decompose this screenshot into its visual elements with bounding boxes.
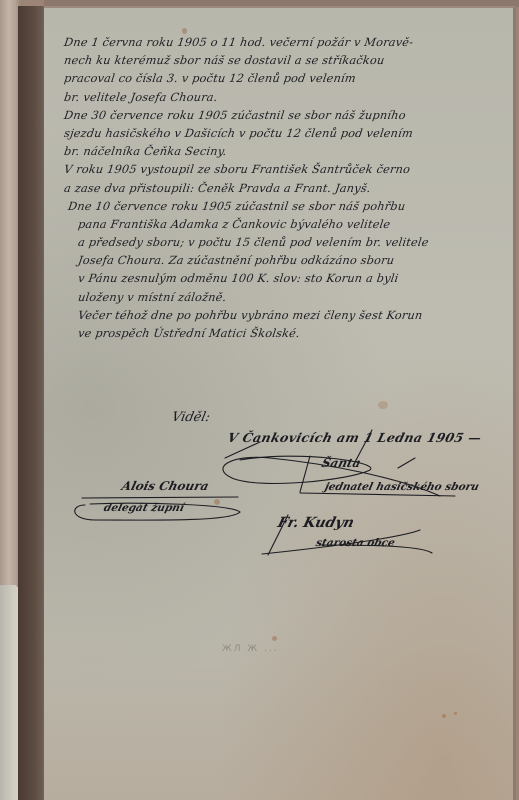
stain bbox=[378, 401, 388, 409]
text-line: a předsedy sboru; v počtu 15 členů pod v… bbox=[63, 234, 516, 252]
text-line: Večer téhož dne po pohřbu vybráno mezi č… bbox=[63, 307, 516, 325]
text-line: nech ku kterémuž sbor náš se dostavil a … bbox=[63, 52, 516, 70]
chronicle-text: Dne 1 června roku 1905 o 11 hod. večerní… bbox=[64, 34, 514, 343]
text-line: ve prospěch Ústřední Matici Školské. bbox=[63, 325, 516, 343]
stain bbox=[442, 714, 446, 718]
text-line: Josefa Choura. Za zúčastnění pohřbu odká… bbox=[63, 252, 516, 270]
text-line: sjezdu hasičského v Dašicích v počtu 12 … bbox=[63, 125, 516, 143]
text-line: uloženy v místní záložně. bbox=[63, 289, 516, 307]
stain bbox=[272, 636, 277, 641]
text-line: pana Františka Adamka z Čankovic bývaléh… bbox=[63, 216, 516, 234]
text-line: pracoval co čísla 3. v počtu 12 členů po… bbox=[63, 70, 516, 88]
document-photo: ЖЛ Ж ... Dne 1 června roku 1905 o 11 hod… bbox=[0, 0, 519, 800]
text-line: Dne 1 června roku 1905 o 11 hod. večerní… bbox=[63, 34, 516, 52]
text-line: V roku 1905 vystoupil ze sboru František… bbox=[63, 161, 516, 179]
faint-stamp-mark: ЖЛ Ж ... bbox=[222, 644, 278, 654]
text-line: a zase dva přistoupili: Čeněk Pravda a F… bbox=[63, 180, 516, 198]
text-line: v Pánu zesnulým odměnu 100 K. slov: sto … bbox=[63, 270, 516, 288]
stain bbox=[454, 712, 457, 715]
stain bbox=[214, 499, 220, 505]
text-line: Dne 30 července roku 1905 zúčastnil se s… bbox=[63, 107, 516, 125]
text-line: br. velitele Josefa Choura. bbox=[63, 89, 516, 107]
text-line: Dne 10 července roku 1905 zúčastnil se s… bbox=[63, 198, 516, 216]
handwritten-page: ЖЛ Ж ... Dne 1 června roku 1905 o 11 hod… bbox=[44, 6, 516, 800]
text-line: br. náčelníka Čeňka Seciny. bbox=[63, 143, 516, 161]
